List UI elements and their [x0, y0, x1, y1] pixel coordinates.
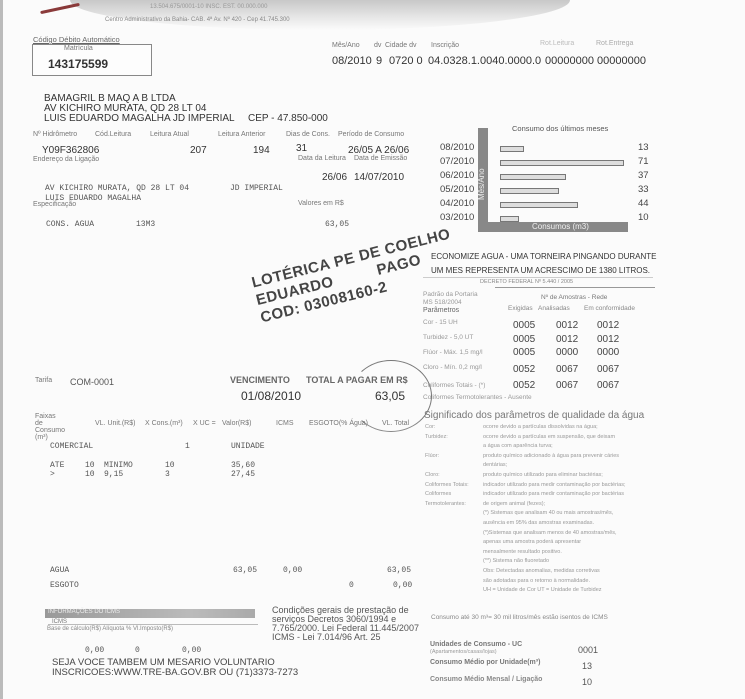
chart-bar — [500, 216, 519, 222]
agua-icms: 0,00 — [283, 566, 302, 575]
col-esgoto: ESGOTO(% Água) — [309, 420, 368, 427]
col-icms: ICMS — [276, 420, 294, 427]
dias-label: Dias de Cons. — [286, 131, 330, 138]
economize-line2: UM MES REPRESENTA UM ACRESCIMO DE 1380 L… — [431, 266, 650, 275]
sig-text: mensalmente resultado positivo. — [483, 549, 562, 555]
medio-unid-value: 13 — [582, 661, 592, 671]
sig-text: indicador utilizado para medir contamina… — [483, 491, 624, 497]
chart-bar — [500, 174, 566, 180]
leitura-atual-label: Leitura Atual — [150, 131, 189, 138]
sig-text: produto químico utilizado para eliminar … — [483, 472, 603, 478]
hidrometro-label: Nº Hidrômetro — [33, 131, 77, 138]
chart-value-label: 71 — [638, 156, 649, 167]
col-x-uc: X UC = — [193, 420, 216, 427]
sig-text: ocorre devido a partículas dissolvidas n… — [483, 424, 598, 430]
uc-sub: (Apartamentos/casas/lojas) — [430, 649, 497, 655]
sig-text: (*) Sistemas que analisam 40 ou mais amo… — [483, 510, 613, 516]
data-leitura-label: Data da Leitura — [298, 155, 346, 162]
chart-bar — [500, 188, 559, 194]
chart-category-label: 03/2010 — [440, 212, 474, 223]
quality-value: 0067 — [597, 364, 619, 375]
vencimento-value: 01/08/2010 — [241, 389, 301, 403]
esgoto-total: 0,00 — [393, 581, 412, 590]
hidrometro-value: Y09F362806 — [42, 145, 99, 156]
leitura-atual-value: 207 — [190, 145, 207, 156]
sig-text: a água com aparência turva; — [483, 443, 553, 449]
chart-value-label: 33 — [638, 184, 649, 195]
sig-text: apenas uma amostra poderá apresentar — [483, 539, 581, 545]
rot-leitura-label: Rot.Leitura — [540, 40, 574, 47]
sig-term: Coliformes — [425, 491, 451, 497]
sig-text: são adotadas para o retorno à normalidad… — [483, 578, 590, 584]
divider — [495, 287, 655, 288]
quality-value: 0067 — [556, 364, 578, 375]
sig-text: ocorre devido a partículas em suspensão,… — [483, 434, 615, 440]
chart-bar — [500, 160, 624, 166]
chart-bar — [500, 146, 524, 152]
billing-cell: 3 — [165, 470, 170, 479]
col-x-cons: X Cons.(m³) — [145, 420, 183, 427]
leitura-anterior-value: 194 — [253, 145, 270, 156]
chart-category-label: 08/2010 — [440, 142, 474, 153]
chart-value-label: 10 — [638, 212, 649, 223]
chart-category-label: 05/2010 — [440, 184, 474, 195]
quality-value: 0012 — [597, 334, 619, 345]
quality-param: Coliformes Totais - (*) — [423, 382, 485, 389]
uc-value: 0001 — [578, 645, 598, 655]
quality-param: Turbidez - 5,0 UT — [423, 334, 473, 341]
col-faixas: Faixas de Consumo (m³) — [35, 413, 65, 441]
quality-value: 0000 — [597, 347, 619, 358]
category: COMERCIAL — [50, 442, 93, 451]
data-emissao-value: 14/07/2010 — [354, 172, 404, 183]
medio-mensal-label: Consumo Médio Mensal / Ligação — [430, 676, 542, 683]
quality-value: 0000 — [556, 347, 578, 358]
sig-term: Cloro: — [425, 472, 440, 478]
fold-shadow — [70, 0, 570, 30]
sig-term: Turbidez: — [425, 434, 448, 440]
esgoto-pct: 0 — [349, 581, 354, 590]
billing-cell: 9,15 — [104, 470, 123, 479]
sig-text: de origem animal (fezes); — [483, 501, 545, 507]
rot-entrega-label: Rot.Entrega — [596, 40, 633, 47]
icms-base: 0,00 — [85, 646, 104, 655]
mesario-line2: INSCRICOES:WWW.TRE-BA.GOV.BR OU (71)3373… — [52, 668, 298, 678]
rot-leitura-value: 00000000 — [545, 55, 594, 67]
unidade: UNIDADE — [231, 442, 265, 451]
endereco1-value: AV KICHIRO MURATA, QD 28 LT 04 — [45, 184, 189, 193]
org-line2: Centro Administrativo da Bahia- CAB. 4ª … — [105, 17, 290, 23]
billing-cell: 10 — [165, 461, 175, 470]
sig-text: (*)Sistemas que analisam menos de 40 amo… — [483, 530, 617, 536]
medio-unid-label: Consumo Médio por Unidade(m³) — [430, 659, 540, 666]
chart-xlabel: Consumos (m3) — [532, 222, 589, 231]
quality-value: 0005 — [513, 320, 535, 331]
vencimento-label: VENCIMENTO — [230, 375, 290, 385]
conditions-4: ICMS - Lei 7.014/96 Art. 25 — [272, 633, 381, 642]
billing-cell: 10 — [85, 461, 95, 470]
agua-total: 63,05 — [387, 566, 411, 575]
periodo-label: Período de Consumo — [338, 131, 404, 138]
quality-value: 0005 — [513, 347, 535, 358]
quality-value: 0067 — [556, 380, 578, 391]
icms-aliq: 0 — [135, 646, 140, 655]
padrao-label2: MS 518/2004 — [423, 299, 462, 306]
col-vl-unit: VL. Unit.(R$) — [95, 420, 135, 427]
sig-text: UH = Unidade de Cor UT = Unidade de Turb… — [483, 587, 602, 593]
sig-title: Significado dos parâmetros de qualidade … — [424, 410, 644, 421]
chart-category-label: 04/2010 — [440, 198, 474, 209]
spec-qty: 13M3 — [136, 220, 155, 229]
billing-cell: 35,60 — [231, 461, 255, 470]
cidade-dv-label: Cidade dv — [385, 42, 417, 49]
chart-category-label: 06/2010 — [440, 170, 474, 181]
total-value: 63,05 — [375, 389, 405, 403]
icms-info-title: INFORMAÇÕES DO ICMS — [48, 609, 120, 615]
dv-value: 9 — [376, 55, 382, 67]
mes-ano-label: Mês/Ano — [332, 42, 360, 49]
icms-cols: Base de cálculo(R$) Alíquota % Vl.Impost… — [47, 626, 173, 632]
sig-text: Obs: Detectadas anomalias, medidas corre… — [483, 568, 600, 574]
bairro-value: JD IMPERIAL — [230, 184, 283, 193]
amostras-label: Nº de Amostras - Rede — [541, 294, 607, 301]
inscricao-value: 04.0328.1.0040.0000.0 — [428, 55, 541, 67]
quality-param: Cor - 15 UH — [423, 319, 458, 326]
parametros-label: Parâmetros — [423, 307, 459, 314]
sig-text: indicador utilizado para medir contamina… — [483, 482, 625, 488]
data-emissao-label: Data de Emissão — [354, 155, 407, 162]
billing-cell: > — [50, 470, 55, 479]
org-line1: 13.504.675/0001-10 INSC. EST. 00.000.000 — [150, 4, 267, 10]
spec-value: 63,05 — [325, 220, 349, 229]
matricula-value: 143175599 — [48, 57, 108, 71]
icms-imposto: 0,00 — [182, 646, 201, 655]
chart-category-label: 07/2010 — [440, 156, 474, 167]
dias-value: 31 — [296, 143, 307, 154]
quality-value: 0012 — [597, 320, 619, 331]
pen-mark — [40, 3, 80, 14]
quality-value: 0052 — [513, 380, 535, 391]
col-analisadas: Analisadas — [538, 305, 570, 312]
chart-value-label: 13 — [638, 142, 649, 153]
sig-text: dentárias; — [483, 462, 507, 468]
esgoto-label: ESGOTO — [50, 581, 79, 590]
total-label: TOTAL A PAGAR EM R$ — [306, 375, 408, 385]
quality-value: 0005 — [513, 334, 535, 345]
col-conformidade: Em conformidade — [584, 305, 635, 312]
sig-term: Cor: — [425, 424, 435, 430]
sig-text: produto químico adicionado à água para p… — [483, 453, 619, 459]
chart-title: Consumo dos últimos meses — [512, 124, 608, 133]
sig-text: ausência em 95% das amostras examinadas. — [483, 520, 594, 526]
chart-ylabel: Mês/Ano — [477, 168, 486, 200]
chart-value-label: 44 — [638, 198, 649, 209]
sig-text: (**) Sistema não fluoretado — [483, 558, 549, 564]
isento-text: Consumo até 30 m³= 30 mil litros/mês est… — [431, 614, 608, 621]
spec-item: CONS. AGUA — [46, 220, 94, 229]
customer-address2: LUIS EDUARDO MAGALHA JD IMPERIAL — [44, 114, 235, 124]
uc-label: Unidades de Consumo - UC — [430, 641, 522, 648]
col-vl-total: VL. Total — [382, 420, 409, 427]
valores-label: Valores em R$ — [298, 200, 344, 207]
medio-mensal-value: 10 — [582, 677, 592, 687]
sig-term: Coliformes Totais: — [425, 482, 469, 488]
decreto-label: DECRETO FEDERAL Nº 5.440 / 2005 — [480, 279, 573, 285]
cidade-dv-value: 0720 0 — [389, 55, 423, 67]
uc-count: 1 — [185, 442, 190, 451]
col-valor: Valor(R$) — [222, 420, 251, 427]
sig-term: Flúor: — [425, 453, 439, 459]
quality-param: Flúor - Máx. 1,5 mg/l — [423, 349, 483, 356]
col-exigidas: Exigidas — [508, 305, 533, 312]
customer-cep: CEP - 47.850-000 — [248, 114, 328, 124]
dv-label: dv — [374, 42, 381, 49]
agua-valor: 63,05 — [233, 566, 257, 575]
tarifa-value: COM-0001 — [70, 377, 114, 387]
agua-label: AGUA — [50, 566, 69, 575]
chart-bar — [500, 202, 578, 208]
quality-param: Coliformes Termotolerantes - Ausente — [423, 394, 532, 401]
quality-value: 0012 — [556, 334, 578, 345]
codigo-label: Código Débito Automático — [33, 35, 120, 44]
leitura-anterior-label: Leitura Anterior — [218, 131, 265, 138]
billing-cell: ATE — [50, 461, 64, 470]
data-leitura-value: 26/06 — [322, 172, 347, 183]
quality-value: 0012 — [556, 320, 578, 331]
mes-ano-value: 08/2010 — [332, 55, 372, 67]
especificacao-label: Especificação — [33, 201, 76, 208]
billing-cell: 10 — [85, 470, 95, 479]
tarifa-label: Tarifa — [35, 377, 52, 384]
cod-leitura-label: Cód.Leitura — [95, 131, 131, 138]
economize-line1: ECONOMIZE AGUA - UMA TORNEIRA PINGANDO D… — [431, 252, 657, 261]
divider — [48, 624, 258, 625]
quality-param: Cloro - Mín. 0,2 mg/l — [423, 364, 482, 371]
sig-term: Termotolerantes: — [425, 501, 466, 507]
matricula-label: Matrícula — [64, 45, 93, 52]
page-edge — [0, 0, 3, 699]
padrao-label1: Padrão da Portaria — [423, 291, 478, 298]
quality-value: 0067 — [597, 380, 619, 391]
billing-cell: 27,45 — [231, 470, 255, 479]
chart-value-label: 37 — [638, 170, 649, 181]
billing-cell: MINIMO — [104, 461, 133, 470]
inscricao-label: Inscrição — [431, 42, 459, 49]
rot-entrega-value: 00000000 — [597, 55, 646, 67]
endereco-label: Endereço da Ligação — [33, 156, 99, 163]
quality-value: 0052 — [513, 364, 535, 375]
